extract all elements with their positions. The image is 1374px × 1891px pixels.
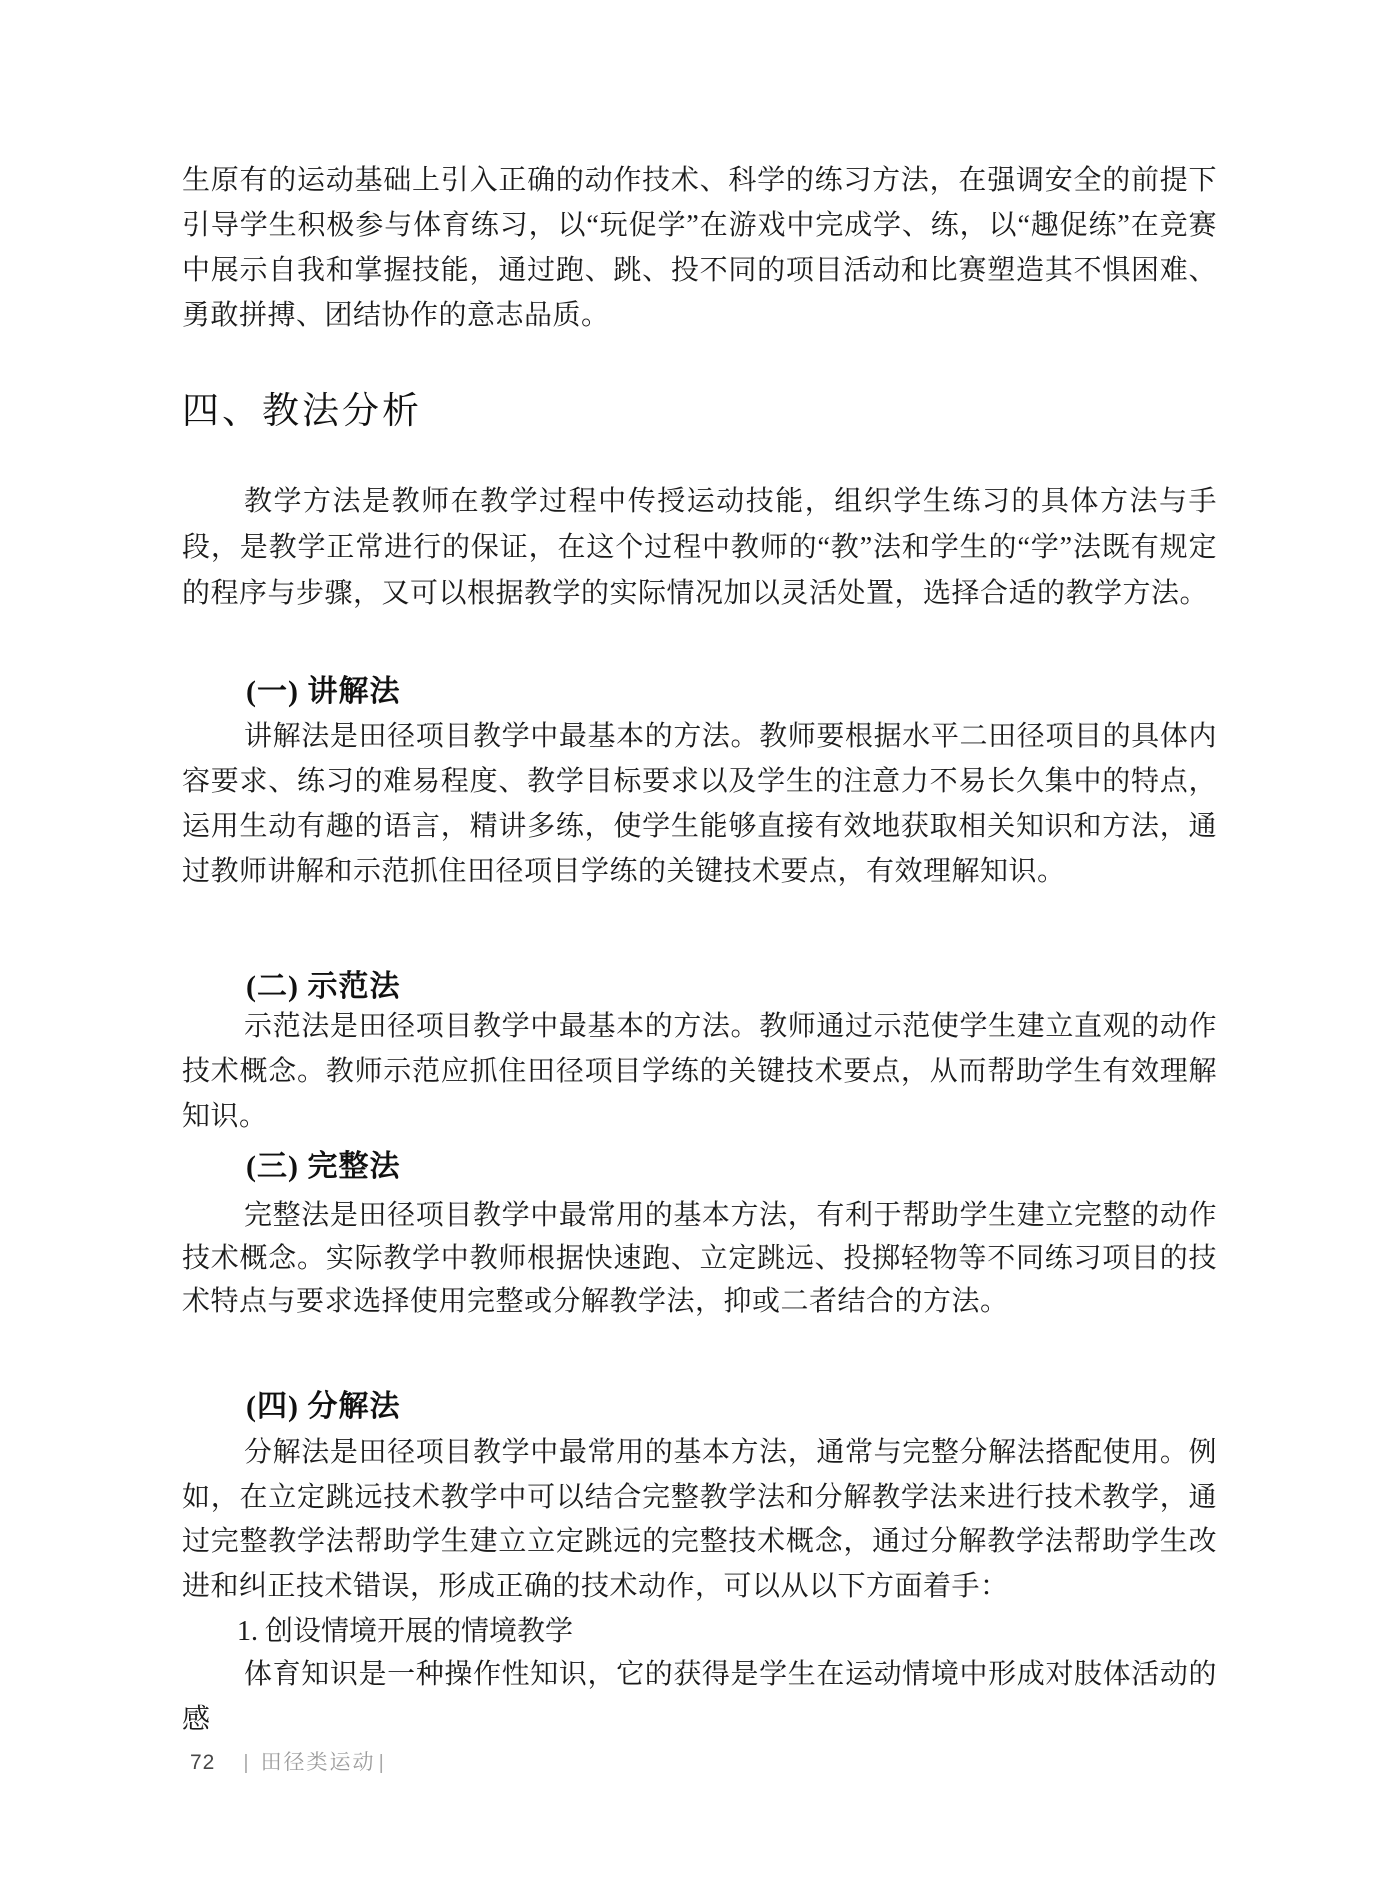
- numbered-list-item: 1. 创设情境开展的情境教学: [182, 1609, 1217, 1654]
- section-intro-paragraph: 教学方法是教师在教学过程中传授运动技能，组织学生练习的具体方法与手段，是教学正常…: [182, 479, 1217, 617]
- lead-paragraph: 生原有的运动基础上引入正确的动作技术、科学的练习方法，在强调安全的前提下引导学生…: [182, 158, 1217, 338]
- subsection-body-3: 完整法是田径项目教学中最常用的基本方法，有利于帮助学生建立完整的动作技术概念。实…: [182, 1194, 1217, 1323]
- page-footer: 72 | 田径类运动 |: [190, 1746, 384, 1776]
- subsection-heading-2: (二) 示范法: [182, 961, 1217, 1005]
- subsection-heading-4: (四) 分解法: [182, 1381, 1217, 1425]
- subsection-heading-3: (三) 完整法: [182, 1141, 1217, 1185]
- document-page: 生原有的运动基础上引入正确的动作技术、科学的练习方法，在强调安全的前提下引导学生…: [0, 0, 1374, 1891]
- subsection-body-1: 讲解法是田径项目教学中最基本的方法。教师要根据水平二田径项目的具体内容要求、练习…: [182, 714, 1217, 894]
- footer-divider-right: |: [379, 1752, 384, 1775]
- footer-divider-left: |: [243, 1752, 248, 1775]
- footer-section-title: 田径类运动: [261, 1746, 376, 1776]
- subsection-heading-1: (一) 讲解法: [182, 666, 1217, 710]
- page-number: 72: [190, 1751, 215, 1775]
- subsection-continuation-paragraph: 体育知识是一种操作性知识，它的获得是学生在运动情境中形成对肢体活动的感: [182, 1652, 1217, 1742]
- section-heading: 四、教法分析: [182, 380, 422, 434]
- subsection-body-2: 示范法是田径项目教学中最基本的方法。教师通过示范使学生建立直观的动作技术概念。教…: [182, 1004, 1217, 1139]
- subsection-body-4: 分解法是田径项目教学中最常用的基本方法，通常与完整分解法搭配使用。例如，在立定跳…: [182, 1431, 1217, 1609]
